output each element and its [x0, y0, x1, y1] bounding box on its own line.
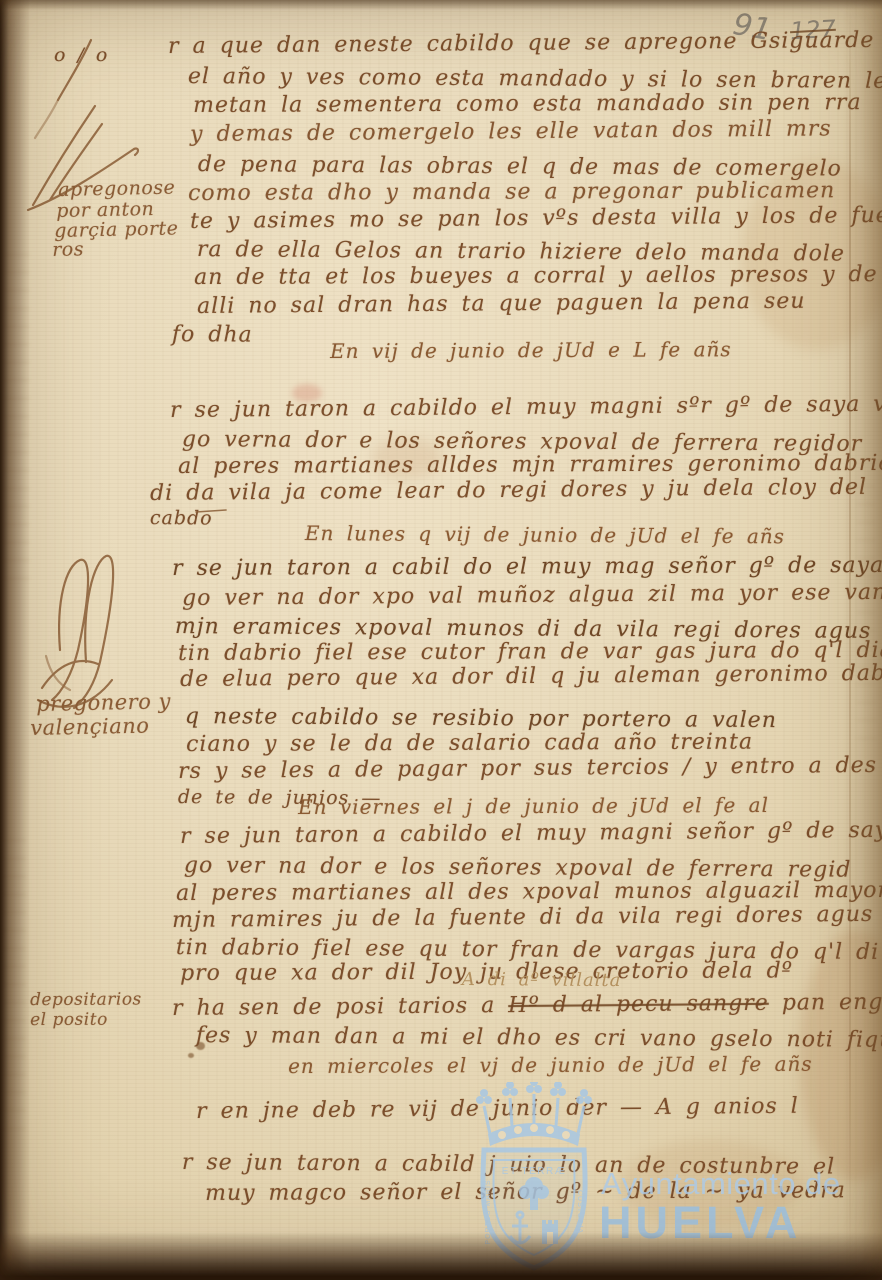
manuscript-scan: 91 127 o/o apregonose por anton garçia p…	[0, 0, 882, 1280]
manuscript-page: 91 127 o/o apregonose por anton garçia p…	[0, 0, 882, 1280]
scan-vignette	[0, 0, 882, 1280]
